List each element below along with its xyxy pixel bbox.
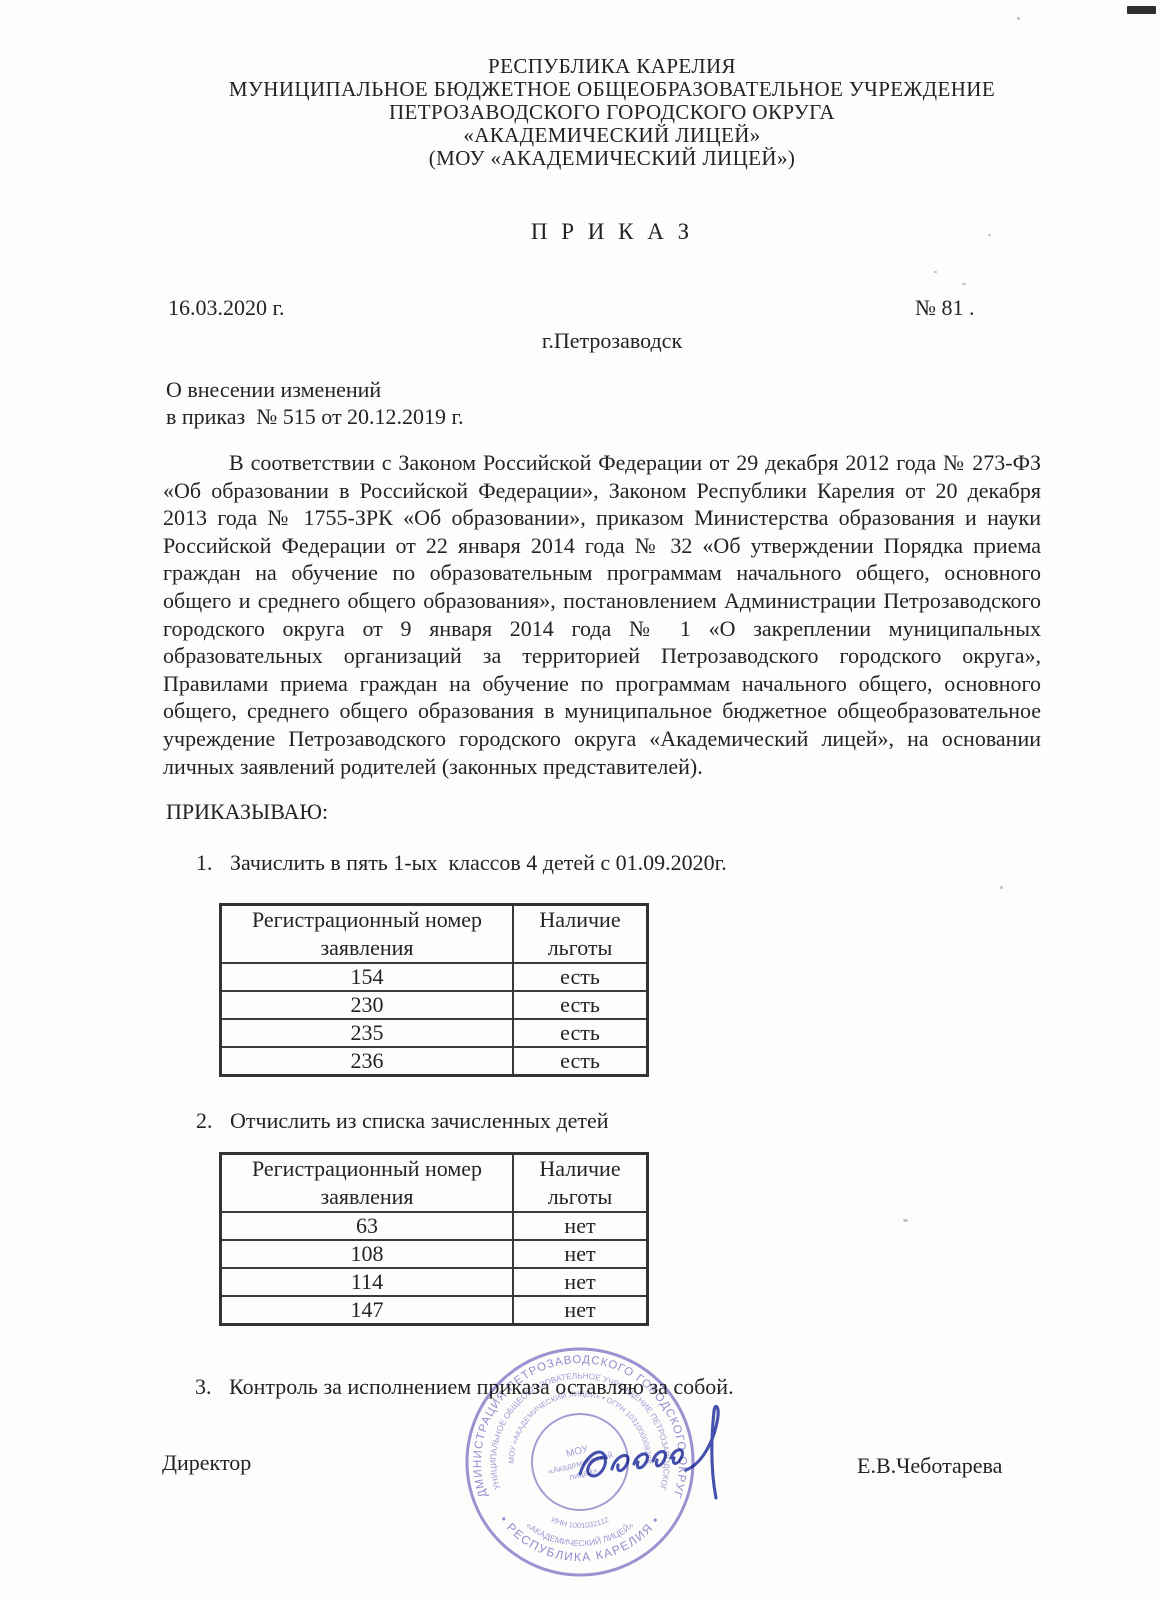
cell-benefit: нет: [513, 1296, 648, 1325]
header-cell-regnum: Регистрационный номер заявления: [221, 905, 514, 964]
city-line: г.Петрозаводск: [62, 328, 1162, 354]
signature-stroke: [671, 1450, 683, 1464]
header-cell-benefit: Наличие льготы: [513, 1154, 648, 1213]
org-header-line-institution: МУНИЦИПАЛЬНОЕ БЮДЖЕТНОЕ ОБЩЕОБРАЗОВАТЕЛЬ…: [62, 78, 1162, 101]
org-header-line-republic: РЕСПУБЛИКА КАРЕЛИЯ: [62, 55, 1162, 78]
order-title: П Р И К А З: [62, 219, 1162, 245]
cell-regnum: 63: [221, 1212, 514, 1240]
table-row: 235 есть: [221, 1019, 648, 1047]
table-row: 147 нет: [221, 1296, 648, 1325]
table-header-row: Регистрационный номер заявления Наличие …: [221, 1154, 648, 1213]
document-page: РЕСПУБЛИКА КАРЕЛИЯ МУНИЦИПАЛЬНОЕ БЮДЖЕТН…: [0, 0, 1163, 1600]
cell-regnum: 236: [221, 1047, 514, 1076]
enrollment-table: Регистрационный номер заявления Наличие …: [219, 903, 649, 1077]
table-row: 154 есть: [221, 963, 648, 991]
director-name: Е.В.Чеботарева: [857, 1453, 1002, 1479]
preamble-paragraph: В соответствии с Законом Российской Феде…: [163, 449, 1041, 780]
cell-benefit: нет: [513, 1212, 648, 1240]
order-item-1-text: Зачислить в пять 1-ых классов 4 детей с …: [230, 850, 727, 876]
header-cell-regnum: Регистрационный номер заявления: [221, 1154, 514, 1213]
table-row: 230 есть: [221, 991, 648, 1019]
director-label: Директор: [162, 1450, 251, 1476]
cell-benefit: есть: [513, 1047, 648, 1076]
cell-benefit: есть: [513, 963, 648, 991]
subject-line-1: О внесении изменений: [166, 376, 464, 403]
table-row: 108 нет: [221, 1240, 648, 1268]
order-number: № 81 .: [915, 295, 975, 321]
order-item-1: 1. Зачислить в пять 1-ых классов 4 детей…: [196, 850, 956, 876]
signature-stroke: [634, 1454, 647, 1468]
order-word: ПРИКАЗЫВАЮ:: [166, 799, 328, 825]
order-item-1-number: 1.: [196, 850, 230, 876]
cell-regnum: 114: [221, 1268, 514, 1296]
cell-benefit: нет: [513, 1240, 648, 1268]
org-header-line-short-name: (МОУ «АКАДЕМИЧЕСКИЙ ЛИЦЕЙ»): [62, 147, 1162, 170]
scan-speck: [1017, 17, 1020, 20]
scan-speck: [1000, 886, 1003, 889]
cell-benefit: есть: [513, 991, 648, 1019]
org-header-line-district: ПЕТРОЗАВОДСКОГО ГОРОДСКОГО ОКРУГА: [62, 101, 1162, 124]
signature-stroke: [580, 1452, 606, 1476]
subject-block: О внесении изменений в приказ № 515 от 2…: [166, 376, 464, 430]
table-row: 114 нет: [221, 1268, 648, 1296]
org-header: РЕСПУБЛИКА КАРЕЛИЯ МУНИЦИПАЛЬНОЕ БЮДЖЕТН…: [62, 55, 1162, 170]
cell-benefit: нет: [513, 1268, 648, 1296]
cell-regnum: 147: [221, 1296, 514, 1325]
table-header-row: Регистрационный номер заявления Наличие …: [221, 905, 648, 964]
order-item-2: 2. Отчислить из списка зачисленных детей: [196, 1108, 956, 1134]
signature-stroke: [653, 1452, 665, 1466]
signature-stroke: [686, 1406, 718, 1498]
order-item-2-number: 2.: [196, 1108, 230, 1134]
signature-stroke: [612, 1455, 628, 1470]
signature-graphic: [568, 1396, 774, 1518]
order-item-2-text: Отчислить из списка зачисленных детей: [230, 1108, 609, 1134]
order-date: 16.03.2020 г.: [168, 295, 285, 321]
expulsion-table: Регистрационный номер заявления Наличие …: [219, 1152, 649, 1326]
org-header-line-lyceum: «АКАДЕМИЧЕСКИЙ ЛИЦЕЙ»: [62, 124, 1162, 147]
scan-speck: [962, 283, 966, 285]
cell-regnum: 230: [221, 991, 514, 1019]
table-row: 63 нет: [221, 1212, 648, 1240]
director-signature: [568, 1396, 774, 1518]
subject-line-2: в приказ № 515 от 20.12.2019 г.: [166, 403, 464, 430]
cell-regnum: 154: [221, 963, 514, 991]
cell-regnum: 235: [221, 1019, 514, 1047]
scan-artifact-bar: [1127, 6, 1156, 14]
order-item-3-number: 3.: [195, 1374, 229, 1400]
scan-speck: [903, 1219, 908, 1222]
cell-regnum: 108: [221, 1240, 514, 1268]
table-row: 236 есть: [221, 1047, 648, 1076]
header-cell-benefit: Наличие льготы: [513, 905, 648, 964]
cell-benefit: есть: [513, 1019, 648, 1047]
scan-speck: [934, 271, 937, 273]
